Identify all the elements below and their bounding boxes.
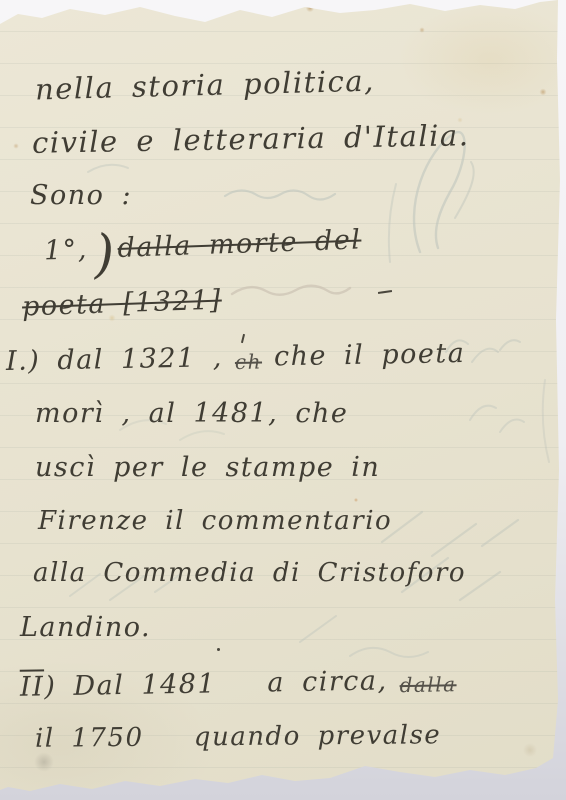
ghost-stroke	[389, 184, 396, 262]
handwritten-text: 1°,	[44, 234, 89, 267]
struck-text: ch	[235, 350, 263, 374]
handwritten-text: il 1750 quando prevalse	[35, 720, 441, 754]
handwritten-text: alla Commedia di Cristoforo	[33, 558, 466, 588]
manuscript-line: Sono :	[30, 180, 132, 211]
ghost-stroke	[470, 406, 524, 432]
manuscript-line: alla Commedia di Cristoforo	[33, 558, 466, 588]
manuscript-line: il 1750 quando prevalse	[35, 720, 441, 754]
handwritten-text: morì , al 1481, che	[35, 398, 348, 429]
struck-text: dalla	[399, 672, 456, 697]
inserted-parenthesis-mark: )	[93, 224, 117, 285]
ghost-stroke	[232, 286, 350, 295]
ghost-stroke	[300, 616, 428, 657]
handwritten-text: Landino.	[20, 612, 151, 643]
ghost-stroke	[455, 162, 474, 218]
section-numeral: II	[20, 671, 45, 702]
ghost-stroke	[543, 380, 549, 462]
manuscript-line: morì , al 1481, che	[35, 398, 348, 429]
manuscript-line: uscì per le stampe in	[35, 452, 380, 483]
manuscript-line: Firenze il commentario	[38, 506, 392, 536]
handwritten-text: uscì per le stampe in	[35, 452, 380, 483]
manuscript-line: Landino.	[20, 612, 151, 643]
handwritten-text: Firenze il commentario	[38, 506, 392, 536]
scanned-manuscript-photo: { "document": { "language": "Italian", "…	[0, 0, 566, 800]
manuscript-page: nella storia politica, civile e letterar…	[0, 0, 566, 800]
handwritten-text: Sono :	[30, 180, 132, 211]
ghost-stroke	[225, 190, 335, 199]
handwritten-text: I.) dal 1321 ,	[6, 342, 223, 377]
ghost-stroke	[88, 165, 128, 172]
handwritten-text: che il poeta	[274, 338, 466, 372]
handwritten-text: ) Dal 1481 a circa,	[44, 665, 388, 702]
stray-ink-dot	[217, 648, 220, 651]
